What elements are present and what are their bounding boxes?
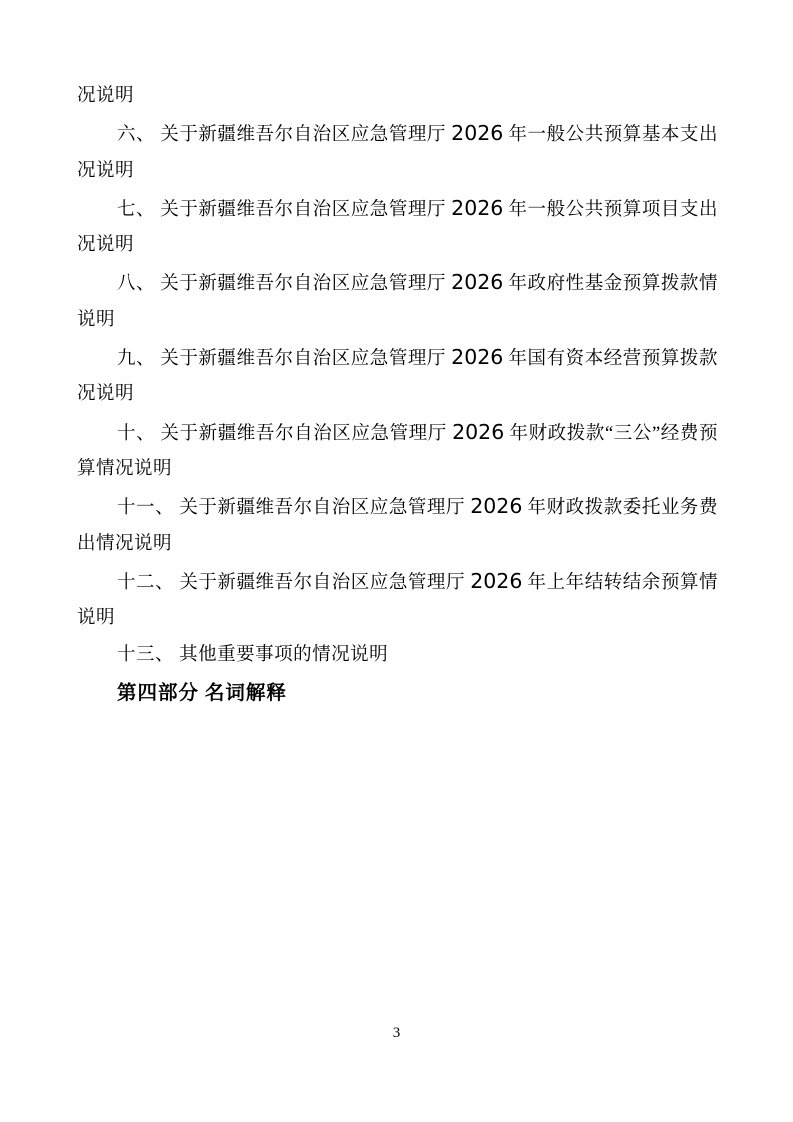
toc-line-continuation: 算情况说明 <box>77 451 718 488</box>
toc-line-continuation: 况说明 <box>77 153 718 190</box>
toc-item-7: 七、 关于新疆维吾尔自治区应急管理厅 2026 年一般公共预算项目支出情 <box>77 190 718 227</box>
toc-item-9: 九、 关于新疆维吾尔自治区应急管理厅 2026 年国有资本经营预算拨款情 <box>77 339 718 376</box>
toc-line-continuation: 况说明 <box>77 376 718 413</box>
year-number: 2026 <box>451 121 503 145</box>
toc-item-8: 八、 关于新疆维吾尔自治区应急管理厅 2026 年政府性基金预算拨款情况 <box>77 264 718 301</box>
toc-content: 况说明 六、 关于新疆维吾尔自治区应急管理厅 2026 年一般公共预算基本支出情… <box>77 78 718 712</box>
year-number: 2026 <box>451 196 503 220</box>
year-number: 2026 <box>470 569 522 593</box>
document-page: 况说明 六、 关于新疆维吾尔自治区应急管理厅 2026 年一般公共预算基本支出情… <box>0 0 793 1122</box>
toc-line-continuation: 况说明 <box>77 227 718 264</box>
section-heading-part4: 第四部分 名词解释 <box>77 675 718 712</box>
toc-line-continuation: 说明 <box>77 302 718 339</box>
toc-line-continuation: 说明 <box>77 600 718 637</box>
year-number: 2026 <box>451 270 503 294</box>
toc-item-11: 十一、 关于新疆维吾尔自治区应急管理厅 2026 年财政拨款委托业务费支 <box>77 488 718 525</box>
toc-item-6: 六、 关于新疆维吾尔自治区应急管理厅 2026 年一般公共预算基本支出情 <box>77 115 718 152</box>
year-number: 2026 <box>451 345 503 369</box>
toc-item-10: 十、 关于新疆维吾尔自治区应急管理厅 2026 年财政拨款“三公”经费预 <box>77 414 718 451</box>
year-number: 2026 <box>452 420 504 444</box>
toc-item-13: 十三、 其他重要事项的情况说明 <box>77 637 718 674</box>
toc-item-12: 十二、 关于新疆维吾尔自治区应急管理厅 2026 年上年结转结余预算情况 <box>77 563 718 600</box>
year-number: 2026 <box>470 494 522 518</box>
toc-line-continuation: 况说明 <box>77 78 718 115</box>
page-footer: 3 <box>0 1021 793 1045</box>
toc-line-continuation: 出情况说明 <box>77 526 718 563</box>
page-number: 3 <box>393 1025 401 1041</box>
